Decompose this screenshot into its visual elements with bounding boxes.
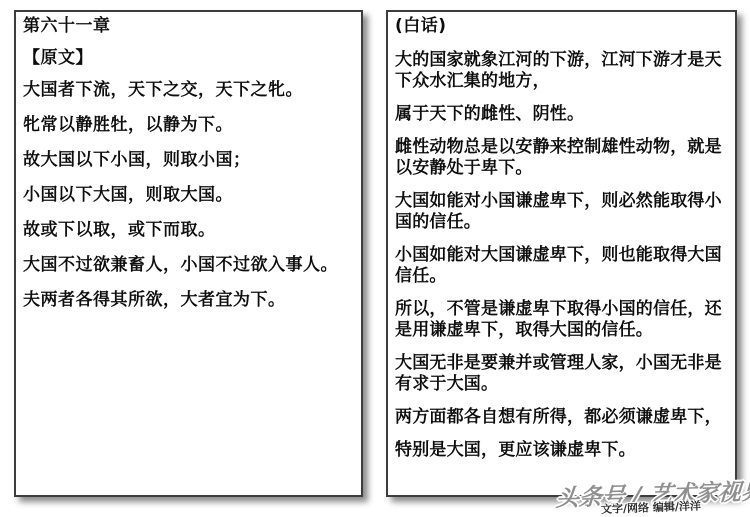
chapter-title: 第六十一章 [23, 17, 354, 35]
vernacular-translation-panel: (白话) 大的国家就象江河的下游，江河下游才是天下众水汇集的地方，属于天下的雌性… [386, 10, 737, 497]
paragraph: 大国如能对小国谦虚卑下，则必然能取得小国的信任。 [395, 191, 728, 233]
paragraph: 属于天下的雌性、阴性。 [395, 104, 728, 125]
paragraph: 大国者下流，天下之交，天下之牝。 [23, 81, 354, 99]
paragraph: 大的国家就象江河的下游，江河下游才是天下众水汇集的地方， [395, 50, 728, 92]
vernacular-paragraph-list: 大的国家就象江河的下游，江河下游才是天下众水汇集的地方，属于天下的雌性、阴性。雌… [395, 50, 728, 461]
paragraph: 两方面都各自想有所得，都必须谦虚卑下， [395, 407, 728, 428]
paragraph: 特别是大国，更应该谦虚卑下。 [395, 440, 728, 461]
original-section-label: 【原文】 [23, 49, 354, 67]
vernacular-section-label: (白话) [395, 17, 728, 36]
paragraph: 大国无非是要兼并或管理人家，小国无非是有求于大国。 [395, 353, 728, 395]
paragraph: 故或下以取，或下而取。 [23, 221, 354, 239]
vernacular-content: (白话) 大的国家就象江河的下游，江河下游才是天下众水汇集的地方，属于天下的雌性… [388, 12, 735, 461]
paragraph: 夫两者各得其所欲，大者宜为下。 [23, 291, 354, 309]
document-page: 第六十一章 【原文】 大国者下流，天下之交，天下之牝。牝常以静胜牡，以静为下。故… [0, 0, 750, 517]
paragraph: 雌性动物总是以安静来控制雄性动物，就是以安静处于卑下。 [395, 137, 728, 179]
original-paragraph-list: 大国者下流，天下之交，天下之牝。牝常以静胜牡，以静为下。故大国以下小国，则取小国… [23, 81, 354, 309]
paragraph: 小国如能对大国谦虚卑下，则也能取得大国信任。 [395, 245, 728, 287]
paragraph: 牝常以静胜牡，以静为下。 [23, 116, 354, 134]
paragraph: 故大国以下小国，则取小国； [23, 151, 354, 169]
watermark-credits: 文字/网络 编辑/洋洋 [601, 498, 701, 517]
original-text-content: 第六十一章 【原文】 大国者下流，天下之交，天下之牝。牝常以静胜牡，以静为下。故… [16, 12, 361, 309]
paragraph: 所以，不管是谦虚卑下取得小国的信任，还是用谦虚卑下，取得大国的信任。 [395, 299, 728, 341]
paragraph: 大国不过欲兼畜人，小国不过欲入事人。 [23, 256, 354, 274]
original-text-panel: 第六十一章 【原文】 大国者下流，天下之交，天下之牝。牝常以静胜牡，以静为下。故… [14, 10, 363, 497]
paragraph: 小国以下大国，则取大国。 [23, 186, 354, 204]
